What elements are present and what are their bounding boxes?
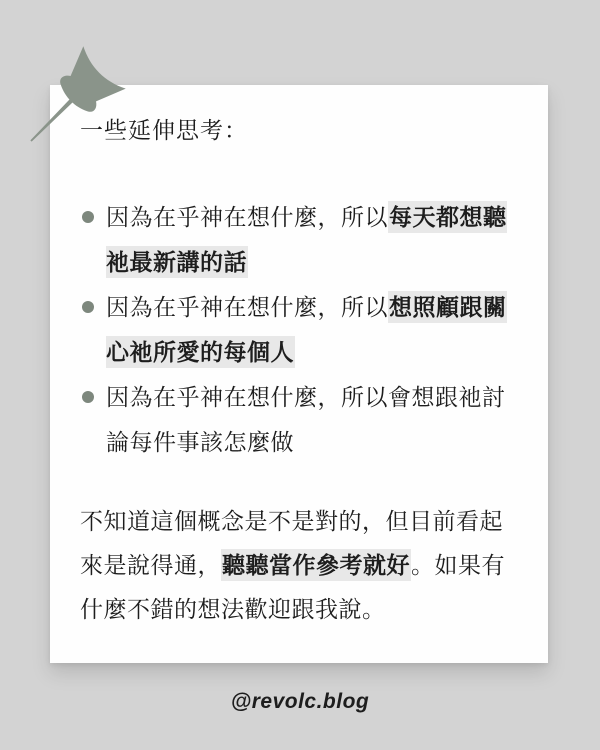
bullet-item: 因為在乎神在想什麼，所以想照顧跟關心祂所愛的每個人 xyxy=(80,285,518,375)
bullet-item: 因為在乎神在想什麼，所以每天都想聽祂最新講的話 xyxy=(80,195,518,285)
bullet-text-wrap: 因為在乎神在想什麼，所以想照顧跟關心祂所愛的每個人 xyxy=(106,285,518,375)
bullet-text: 因為在乎神在想什麼，所以 xyxy=(106,294,388,320)
bullet-text-wrap: 因為在乎神在想什麼，所以會想跟祂討論每件事該怎麼做 xyxy=(106,375,518,465)
closing-paragraph: 不知道這個概念是不是對的，但目前看起來是說得通，聽聽當作參考就好。如果有什麼不錯… xyxy=(80,499,518,631)
paragraph-highlight: 聽聽當作參考就好 xyxy=(221,549,411,581)
bullet-text-wrap: 因為在乎神在想什麼，所以每天都想聽祂最新講的話 xyxy=(106,195,518,285)
bullet-text: 因為在乎神在想什麼，所以 xyxy=(106,204,388,230)
bullet-dot-icon xyxy=(82,211,94,223)
bullet-text: 因為在乎神在想什麼，所以會想跟祂討論每件事該怎麼做 xyxy=(106,384,506,455)
card-title: 一些延伸思考： xyxy=(80,115,518,145)
author-handle: @revolc.blog xyxy=(0,690,600,714)
bullet-dot-icon xyxy=(82,391,94,403)
bullet-item: 因為在乎神在想什麼，所以會想跟祂討論每件事該怎麼做 xyxy=(80,375,518,465)
pushpin-icon xyxy=(10,42,140,192)
post-canvas: 一些延伸思考： 因為在乎神在想什麼，所以每天都想聽祂最新講的話 因為在乎神在想什… xyxy=(0,0,600,750)
bullet-dot-icon xyxy=(82,301,94,313)
bullet-list: 因為在乎神在想什麼，所以每天都想聽祂最新講的話 因為在乎神在想什麼，所以想照顧跟… xyxy=(80,195,518,465)
